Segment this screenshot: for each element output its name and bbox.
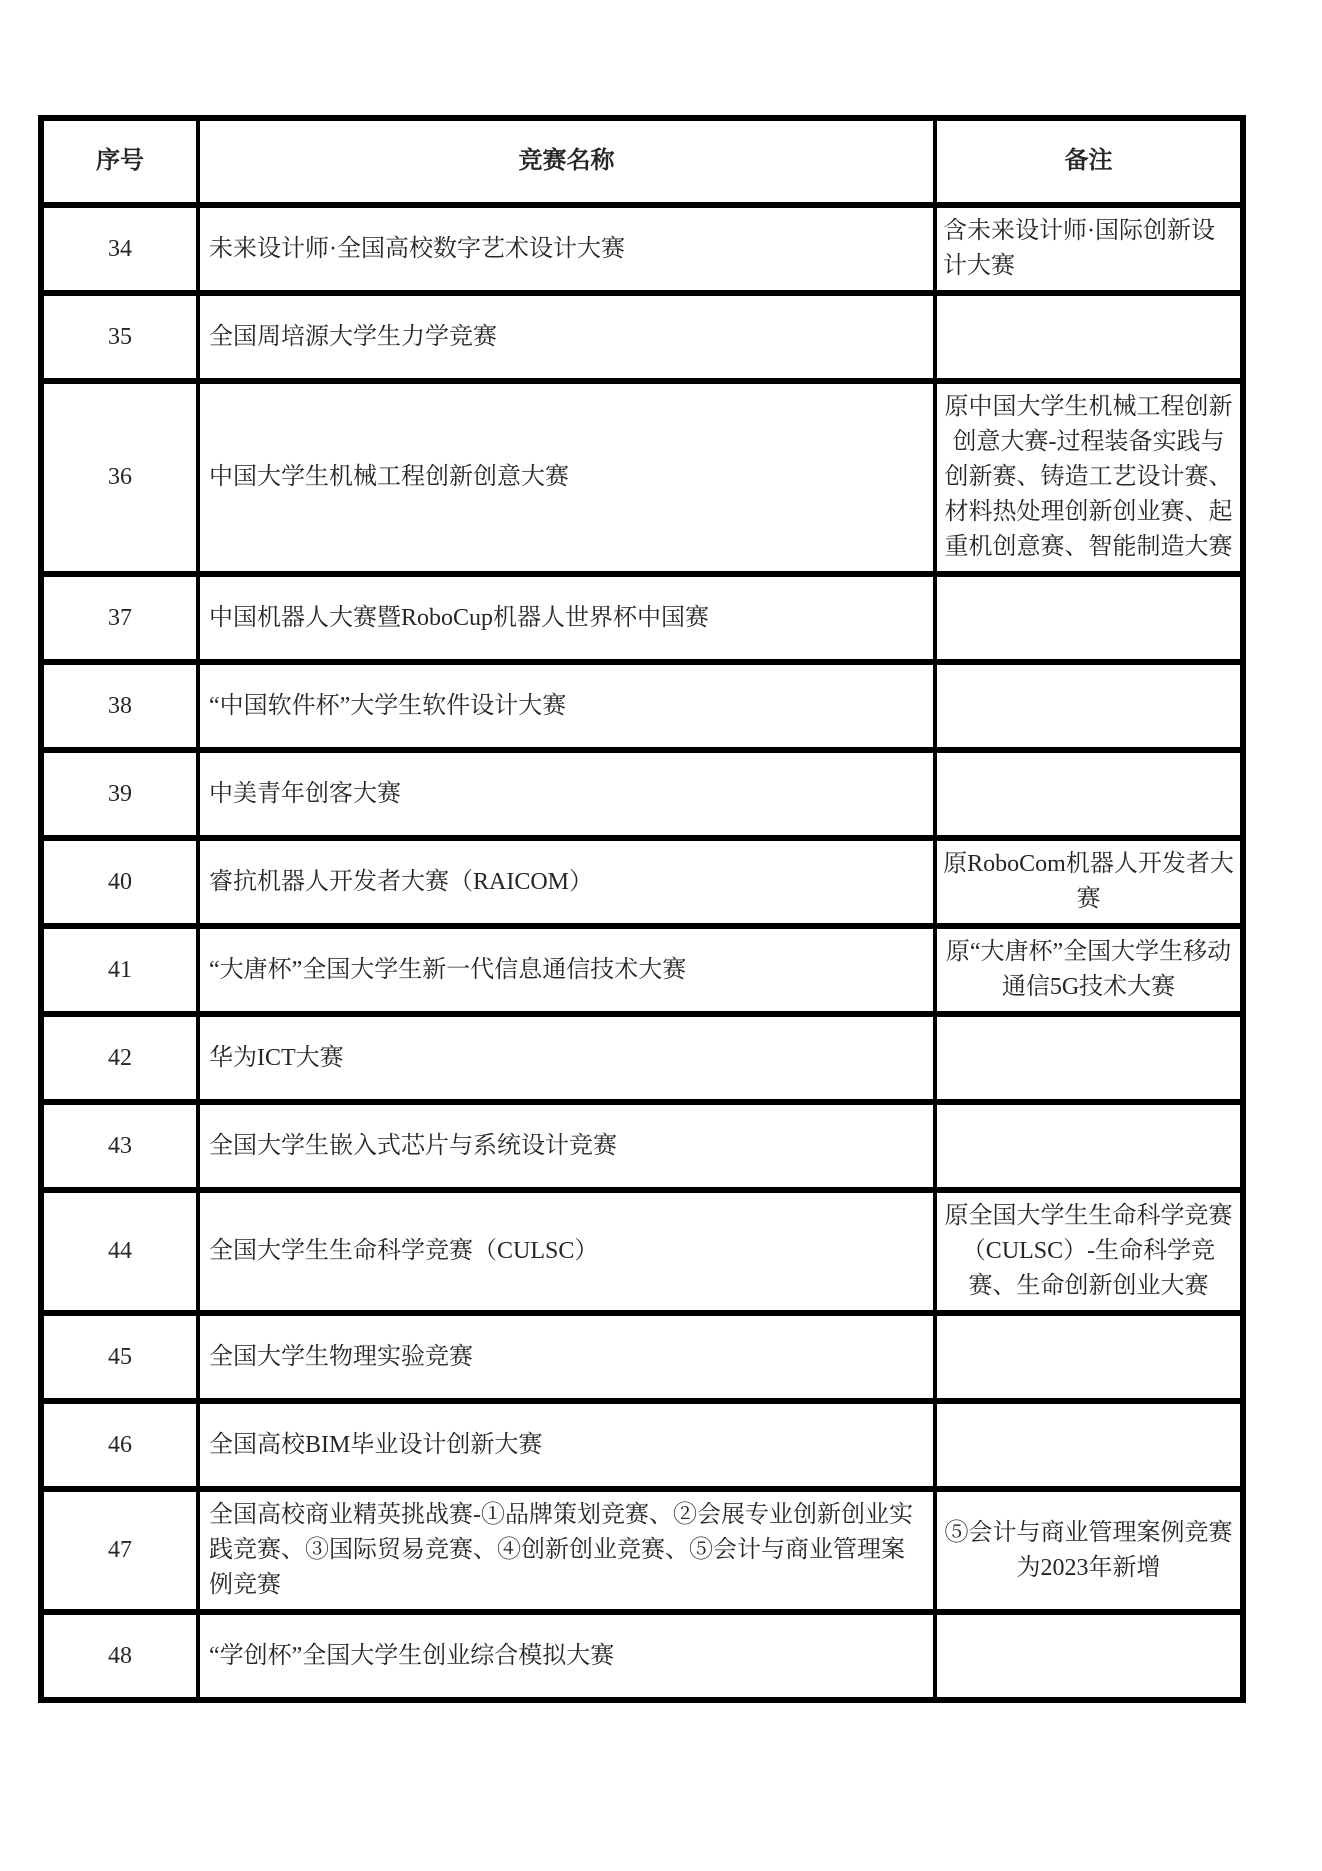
table-row: 34 未来设计师·全国高校数字艺术设计大赛 含未来设计师·国际创新设计大赛 — [41, 205, 1243, 293]
competition-name-cell: 全国大学生物理实验竞赛 — [198, 1313, 935, 1401]
remark-cell: 原RoboCom机器人开发者大赛 — [935, 838, 1243, 926]
table-row: 43 全国大学生嵌入式芯片与系统设计竞赛 — [41, 1102, 1243, 1190]
competition-name-cell: 睿抗机器人开发者大赛（RAICOM） — [198, 838, 935, 926]
row-number-cell: 36 — [41, 381, 198, 574]
competition-name-cell: 中国大学生机械工程创新创意大赛 — [198, 381, 935, 574]
competition-name-cell: 全国高校商业精英挑战赛-①品牌策划竞赛、②会展专业创新创业实践竞赛、③国际贸易竞… — [198, 1489, 935, 1612]
row-number-cell: 42 — [41, 1014, 198, 1102]
competition-name-cell: “大唐杯”全国大学生新一代信息通信技术大赛 — [198, 926, 935, 1014]
row-number-cell: 34 — [41, 205, 198, 293]
column-header-no: 序号 — [41, 118, 198, 205]
row-number-cell: 44 — [41, 1190, 198, 1313]
table-row: 40 睿抗机器人开发者大赛（RAICOM） 原RoboCom机器人开发者大赛 — [41, 838, 1243, 926]
row-number-cell: 38 — [41, 662, 198, 750]
column-header-name: 竞赛名称 — [198, 118, 935, 205]
row-number-cell: 41 — [41, 926, 198, 1014]
row-number-cell: 43 — [41, 1102, 198, 1190]
row-number-cell: 47 — [41, 1489, 198, 1612]
document-page: 序号 竞赛名称 备注 34 未来设计师·全国高校数字艺术设计大赛 含未来设计师·… — [0, 0, 1322, 1871]
competition-name-cell: 中美青年创客大赛 — [198, 750, 935, 838]
table-row: 38 “中国软件杯”大学生软件设计大赛 — [41, 662, 1243, 750]
competition-name-cell: 全国大学生嵌入式芯片与系统设计竞赛 — [198, 1102, 935, 1190]
table-row: 35 全国周培源大学生力学竞赛 — [41, 293, 1243, 381]
competition-table: 序号 竞赛名称 备注 34 未来设计师·全国高校数字艺术设计大赛 含未来设计师·… — [38, 115, 1246, 1703]
remark-cell — [935, 1612, 1243, 1700]
column-header-remark: 备注 — [935, 118, 1243, 205]
table-row: 36 中国大学生机械工程创新创意大赛 原中国大学生机械工程创新创意大赛-过程装备… — [41, 381, 1243, 574]
row-number-cell: 39 — [41, 750, 198, 838]
remark-cell: 原中国大学生机械工程创新创意大赛-过程装备实践与创新赛、铸造工艺设计赛、材料热处… — [935, 381, 1243, 574]
remark-cell: 原“大唐杯”全国大学生移动通信5G技术大赛 — [935, 926, 1243, 1014]
row-number-cell: 37 — [41, 574, 198, 662]
table-row: 42 华为ICT大赛 — [41, 1014, 1243, 1102]
remark-cell — [935, 1313, 1243, 1401]
table-row: 47 全国高校商业精英挑战赛-①品牌策划竞赛、②会展专业创新创业实践竞赛、③国际… — [41, 1489, 1243, 1612]
row-number-cell: 46 — [41, 1401, 198, 1489]
table-body: 34 未来设计师·全国高校数字艺术设计大赛 含未来设计师·国际创新设计大赛 35… — [41, 205, 1243, 1700]
row-number-cell: 45 — [41, 1313, 198, 1401]
row-number-cell: 48 — [41, 1612, 198, 1700]
table-header-row: 序号 竞赛名称 备注 — [41, 118, 1243, 205]
remark-cell — [935, 574, 1243, 662]
row-number-cell: 40 — [41, 838, 198, 926]
table-row: 46 全国高校BIM毕业设计创新大赛 — [41, 1401, 1243, 1489]
table-row: 39 中美青年创客大赛 — [41, 750, 1243, 838]
row-number-cell: 35 — [41, 293, 198, 381]
remark-cell — [935, 662, 1243, 750]
table-row: 44 全国大学生生命科学竞赛（CULSC） 原全国大学生生命科学竞赛（CULSC… — [41, 1190, 1243, 1313]
competition-name-cell: 全国高校BIM毕业设计创新大赛 — [198, 1401, 935, 1489]
remark-cell — [935, 750, 1243, 838]
remark-cell: ⑤会计与商业管理案例竞赛为2023年新增 — [935, 1489, 1243, 1612]
table-row: 45 全国大学生物理实验竞赛 — [41, 1313, 1243, 1401]
remark-cell — [935, 293, 1243, 381]
remark-cell — [935, 1014, 1243, 1102]
remark-cell — [935, 1401, 1243, 1489]
competition-name-cell: 全国周培源大学生力学竞赛 — [198, 293, 935, 381]
competition-name-cell: 中国机器人大赛暨RoboCup机器人世界杯中国赛 — [198, 574, 935, 662]
competition-name-cell: “中国软件杯”大学生软件设计大赛 — [198, 662, 935, 750]
competition-name-cell: 全国大学生生命科学竞赛（CULSC） — [198, 1190, 935, 1313]
remark-cell: 原全国大学生生命科学竞赛（CULSC）-生命科学竞赛、生命创新创业大赛 — [935, 1190, 1243, 1313]
table-row: 48 “学创杯”全国大学生创业综合模拟大赛 — [41, 1612, 1243, 1700]
competition-name-cell: 华为ICT大赛 — [198, 1014, 935, 1102]
table-row: 41 “大唐杯”全国大学生新一代信息通信技术大赛 原“大唐杯”全国大学生移动通信… — [41, 926, 1243, 1014]
competition-name-cell: “学创杯”全国大学生创业综合模拟大赛 — [198, 1612, 935, 1700]
remark-cell: 含未来设计师·国际创新设计大赛 — [935, 205, 1243, 293]
competition-name-cell: 未来设计师·全国高校数字艺术设计大赛 — [198, 205, 935, 293]
table-row: 37 中国机器人大赛暨RoboCup机器人世界杯中国赛 — [41, 574, 1243, 662]
remark-cell — [935, 1102, 1243, 1190]
